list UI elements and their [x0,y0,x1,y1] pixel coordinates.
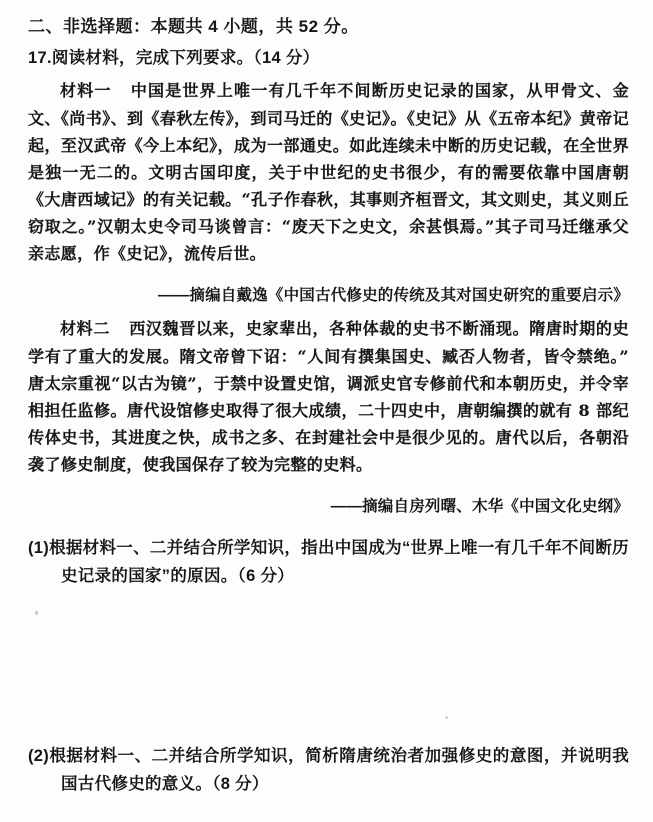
question-17-intro: 17.阅读材料，完成下列要求。（14 分） [28,45,629,71]
material-two-text: 西汉魏晋以来，史家辈出，各种体裁的史书不断涌现。隋唐时期的史学有了重大的发展。隋… [28,319,629,474]
material-one-attribution: ——摘编自戴逸《中国古代修史的传统及其对国史研究的重要启示》 [28,283,629,309]
material-two-paragraph: 材料二西汉魏晋以来，史家辈出，各种体裁的史书不断涌现。隋唐时期的史学有了重大的发… [28,315,629,478]
material-two-label: 材料二 [60,321,110,338]
sub-question-1: (1)根据材料一、二并结合所学知识，指出中国成为“世界上唯一有几千年不间断历史记… [28,534,629,590]
sub-question-2: (2)根据材料一、二并结合所学知识，简析隋唐统治者加强修史的意图，并说明我国古代… [28,742,629,798]
material-one-paragraph: 材料一中国是世界上唯一有几千年不间断历史记录的国家，从甲骨文、金文、《尚书》、到… [28,77,629,267]
scan-artifact-speck [35,611,38,615]
material-two-attribution: ——摘编自房列曙、木华《中国文化史纲》 [28,494,629,520]
material-one-text: 中国是世界上唯一有几千年不间断历史记录的国家，从甲骨文、金文、《尚书》、到《春秋… [28,81,629,263]
section-header: 二、非选择题：本题共 4 小题，共 52 分。 [28,14,629,40]
material-one-label: 材料一 [60,83,112,100]
exam-paper-page: 二、非选择题：本题共 4 小题，共 52 分。 17.阅读材料，完成下列要求。（… [0,0,653,822]
scan-artifact-speck [445,716,448,719]
